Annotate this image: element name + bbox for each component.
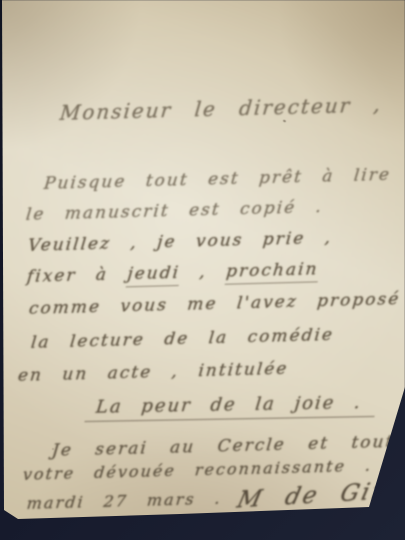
- letter-paper: Monsieur le directeur , Puisque tout est…: [0, 0, 405, 540]
- handwritten-line: la lecture de la comédie: [30, 325, 335, 353]
- photo-background: Monsieur le directeur , Puisque tout est…: [0, 0, 405, 540]
- date-text: mardi 27 mars .: [26, 489, 223, 513]
- handwritten-line: Veuillez , je vous prie ,: [27, 228, 333, 256]
- salutation-line: Monsieur le directeur ,: [59, 93, 383, 126]
- handwritten-line-underlined-words: fixer à jeudi , prochain: [26, 259, 319, 287]
- handwritten-line: en un acte , intitulée: [17, 359, 289, 386]
- title-line: La peur de la joie .: [85, 392, 377, 418]
- handwritten-line: le manuscrit est copié .: [25, 197, 324, 225]
- handwritten-line: Puisque tout est prêt à lire ,: [43, 164, 405, 194]
- signature: M de Girardin: [235, 474, 405, 514]
- line-prefix: fixer à: [26, 264, 128, 287]
- handwritten-line: comme vous me l'avez proposé ,: [28, 289, 405, 319]
- date-signature-line: mardi 27 mars .M de Girardin: [26, 478, 405, 515]
- line-separator: ,: [179, 262, 227, 283]
- underlined-word: prochain: [225, 259, 319, 284]
- underlined-word: jeudi: [126, 263, 181, 287]
- paper-speck: [283, 119, 287, 122]
- paper-speck: [52, 448, 54, 450]
- underlined-title: La peur de la joie .: [84, 392, 376, 422]
